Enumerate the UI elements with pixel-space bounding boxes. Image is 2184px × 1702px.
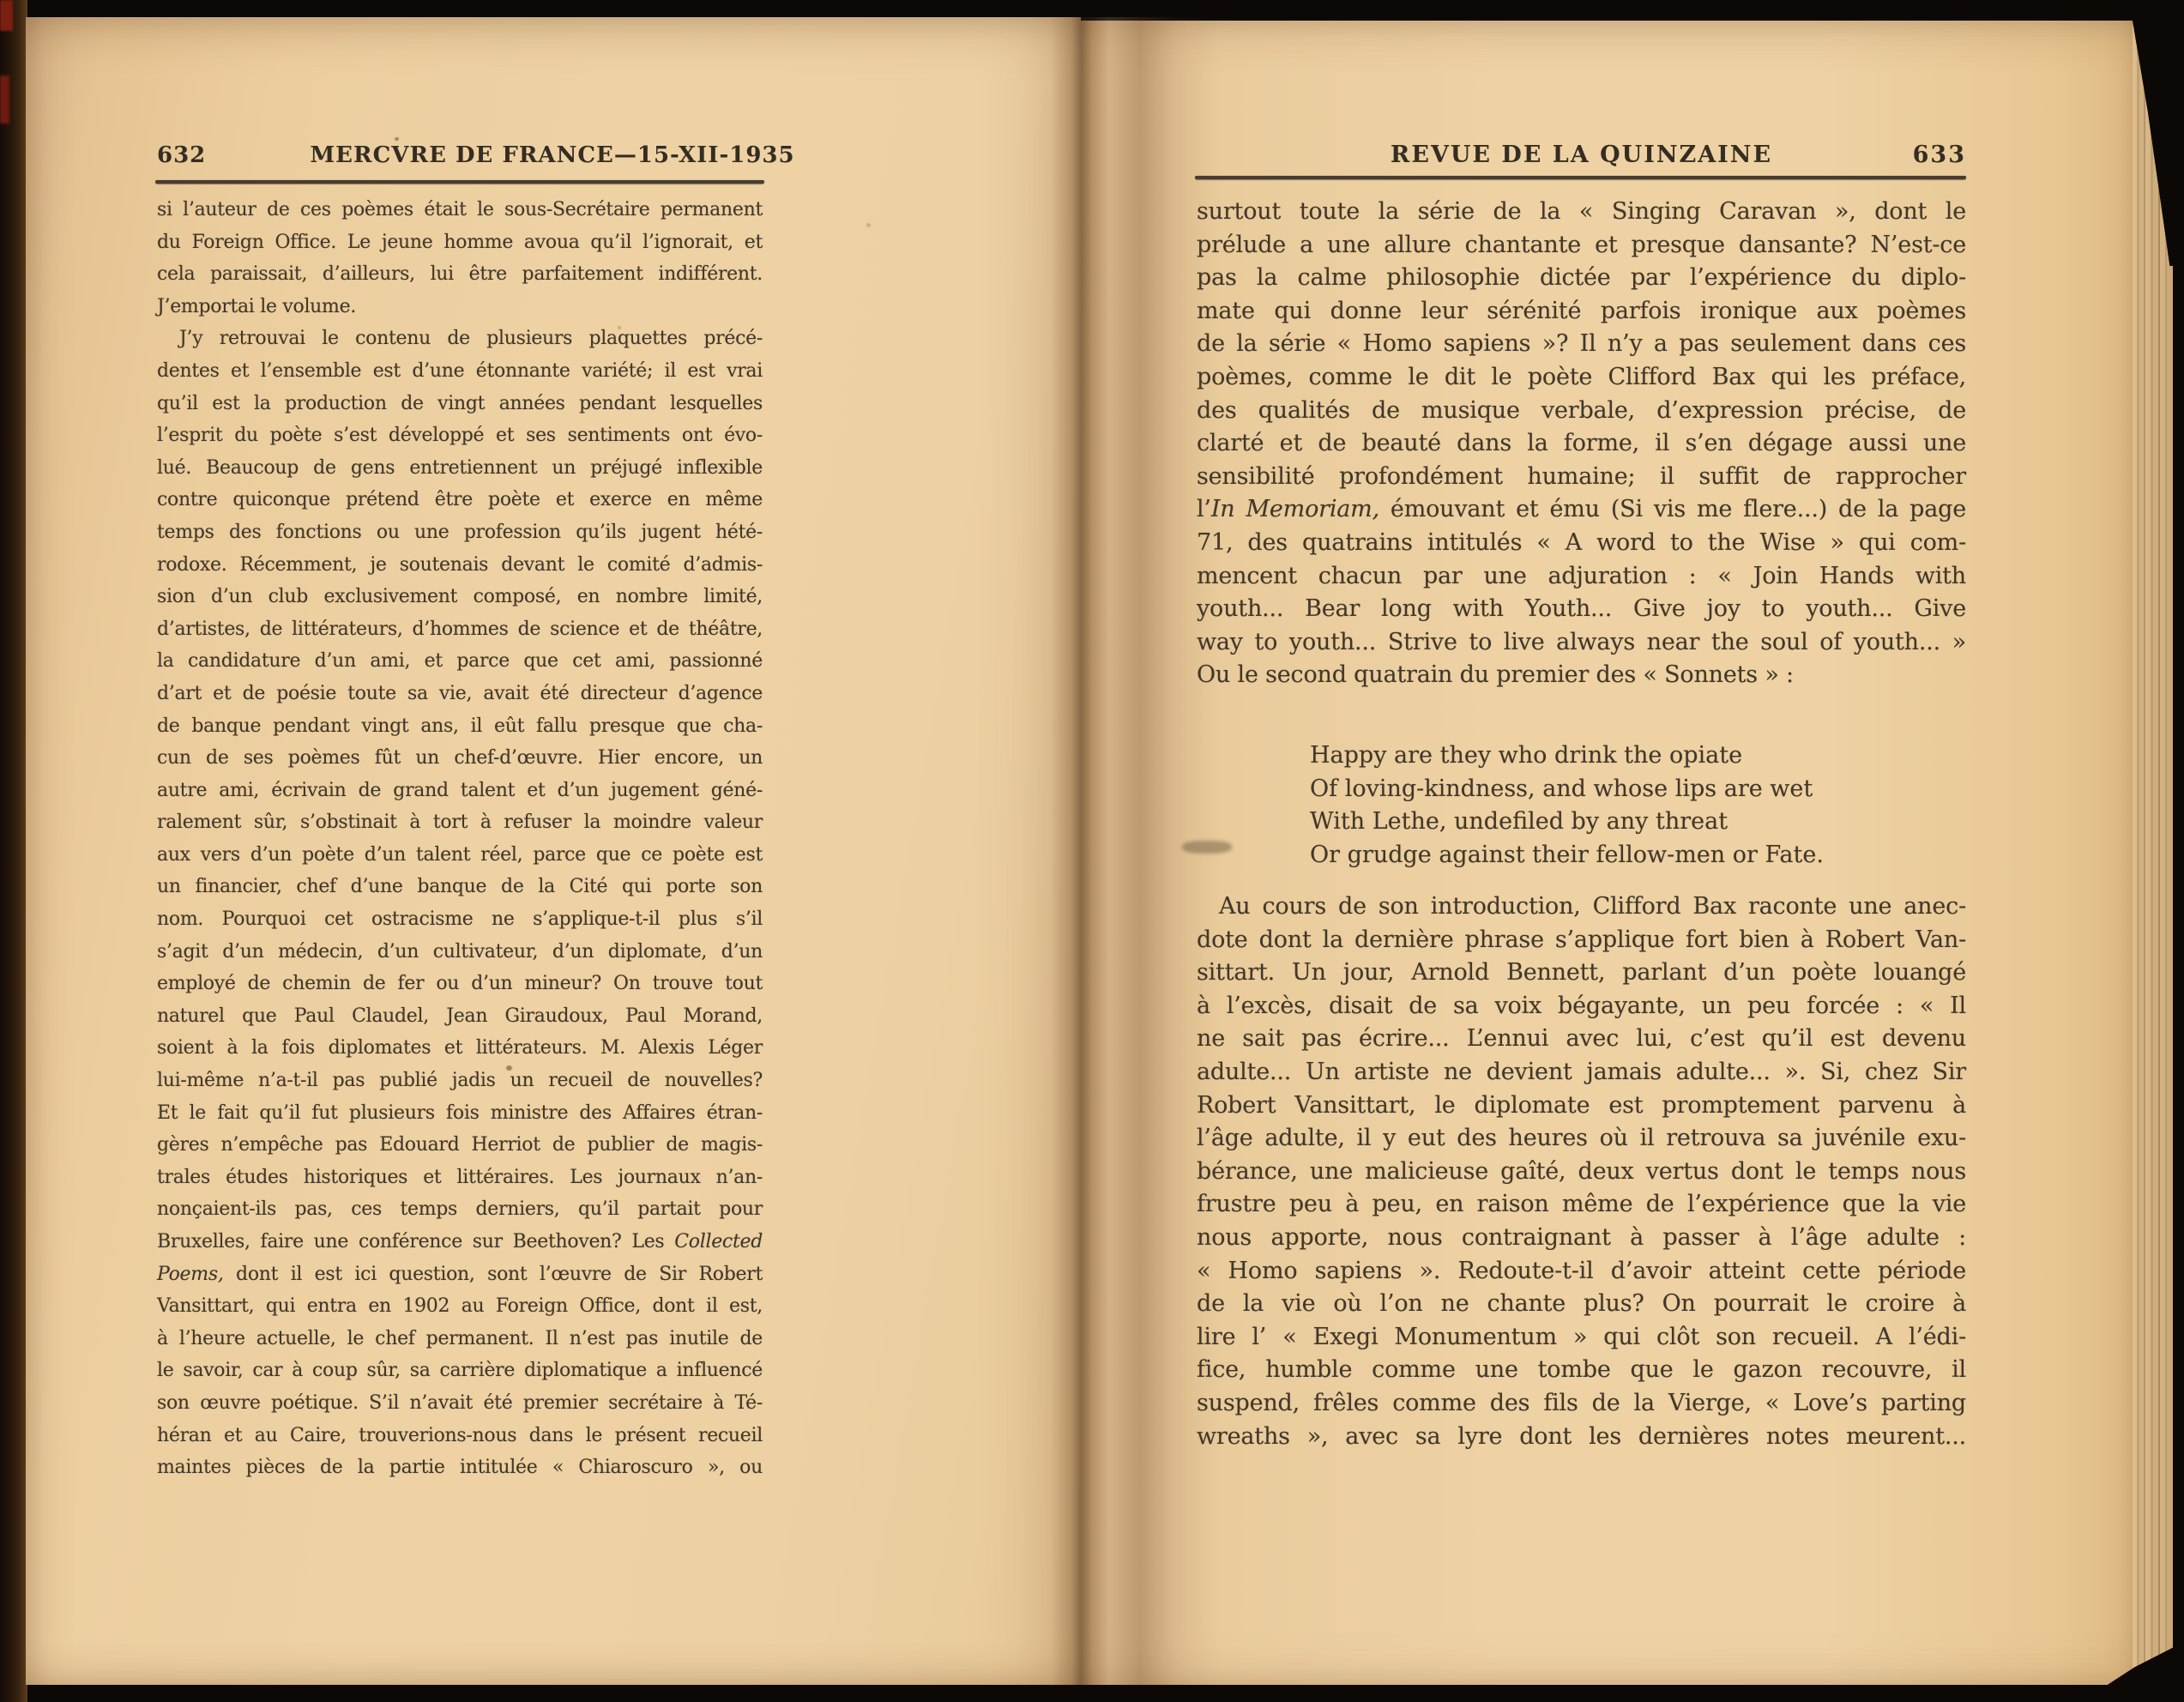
text-line: autre ami, écrivain de grand talent et d… [157,775,763,807]
text-line: lué. Beaucoup de gens entretiennent un p… [157,452,763,485]
text-line: With Lethe, undefiled by any threat [1197,806,1966,839]
text-line: la candidature d’un ami, et parce que ce… [157,645,763,678]
text-line: sittart. Un jour, Arnold Bennett, parlan… [1197,957,1966,990]
ink-smudge [1182,841,1232,854]
text-line: dentes et l’ensemble est d’une étonnante… [157,355,763,388]
text-line: prélude a une allure chantante et presqu… [1197,229,1966,263]
red-edge-mark [0,75,9,124]
text-line: s’agit d’un médecin, d’un cultivateur, d… [157,936,763,969]
text-line: employé de chemin de fer ou d’un mineur?… [157,968,763,1000]
text-line: Happy are they who drink the opiate [1197,739,1966,773]
text-line: wreaths », avec sa lyre dont les dernièr… [1197,1421,1966,1454]
right-page-paragraph-1: surtout toute la série de la « Singing C… [1197,196,1966,692]
text-line: à l’excès, disait de sa voix bégayante, … [1197,990,1966,1023]
paper-speck [866,223,871,227]
left-running-title: MERCVRE DE FRANCE—15-XII-1935 [250,142,855,168]
text-line: un financier, chef d’une banque de la Ci… [157,871,763,903]
text-line: lire l’ « Exegi Monumentum » qui clôt so… [1197,1321,1966,1355]
text-line: rodoxe. Récemment, je soutenais devant l… [157,549,763,582]
paper-speck [395,137,399,141]
text-line: fice, humble comme une tombe que le gazo… [1197,1354,1966,1387]
text-line: mencent chacun par une adjuration : « Jo… [1197,560,1966,594]
text-line: Ou le second quatrain du premier des « S… [1197,659,1966,692]
text-line: clarté et de beauté dans la forme, il s’… [1197,427,1966,461]
right-page-number: 633 [1913,142,1966,168]
text-line: mate qui donne leur sérénité parfois iro… [1197,295,1966,329]
text-line: cun de ses poèmes fût un chef-d’œuvre. H… [157,742,763,775]
text-line: trales études historiques et littéraires… [157,1162,763,1194]
text-line: lui-même n’a-t-il pas publié jadis un re… [157,1065,763,1097]
text-line: frustre peu à peu, en raison même de l’e… [1197,1188,1966,1222]
text-line: dote dont la dernière phrase s’applique … [1197,924,1966,957]
text-line: des qualités de musique verbale, d’expre… [1197,395,1966,428]
text-line: à l’heure actuelle, le chef permanent. I… [157,1323,763,1355]
text-line: nom. Pourquoi cet ostracisme ne s’appliq… [157,903,763,936]
book-photo: 632 MERCVRE DE FRANCE—15-XII-1935 si l’a… [0,0,2184,1702]
text-line: Au cours de son introduction, Clifford B… [1197,890,1966,924]
text-line: d’artistes, de littérateurs, d’hommes de… [157,613,763,646]
text-line: maintes pièces de la partie intitulée « … [157,1452,763,1484]
right-page-paragraph-2: Au cours de son introduction, Clifford B… [1197,890,1966,1453]
right-running-title: REVUE DE LA QUINZAINE [1197,142,1966,168]
text-line: sion d’un club exclusivement composé, en… [157,581,763,613]
right-page-header: REVUE DE LA QUINZAINE 633 [1197,142,1966,168]
paper-speck [618,326,621,329]
right-page: REVUE DE LA QUINZAINE 633 surtout toute … [1081,21,2138,1685]
text-line: Of loving-kindness, and whose lips are w… [1197,773,1966,806]
text-line: Et le fait qu’il fut plusieurs fois mini… [157,1097,763,1130]
text-line: l’âge adulte, il y eut des heures où il … [1197,1122,1966,1156]
text-line: cela paraissait, d’ailleurs, lui être pa… [157,258,763,291]
text-line: Or grudge against their fellow-men or Fa… [1197,839,1966,872]
text-line: ne sait pas écrire... L’ennui avec lui, … [1197,1023,1966,1056]
text-line: J’y retrouvai le contenu de plusieurs pl… [157,323,763,355]
text-line: ralement sûr, s’obstinait à tort à refus… [157,806,763,839]
text-line: nonçaient-ils pas, ces temps derniers, q… [157,1193,763,1226]
text-line: de la vie où l’on ne chante plus? On pou… [1197,1288,1966,1321]
text-line: gères n’empêche pas Edouard Herriot de p… [157,1129,763,1162]
text-line: d’art et de poésie toute sa vie, avait é… [157,678,763,710]
text-line: adulte... Un artiste ne devient jamais a… [1197,1056,1966,1089]
text-line: Vansittart, qui entra en 1902 au Foreign… [157,1290,763,1323]
page-edge-stack [2133,26,2175,1678]
text-line: nous apporte, nous contraignant à passer… [1197,1222,1966,1255]
text-line: si l’auteur de ces poèmes était le sous-… [157,194,763,226]
text-line: Bruxelles, faire une conférence sur Beet… [157,1226,763,1258]
text-line: sensibilité profondément humaine; il suf… [1197,461,1966,494]
left-page: 632 MERCVRE DE FRANCE—15-XII-1935 si l’a… [26,17,1081,1685]
right-header-rule [1195,176,1966,179]
text-line: temps des fonctions ou une profession qu… [157,516,763,549]
text-line: son œuvre poétique. S’il n’avait été pre… [157,1387,763,1420]
text-line: contre quiconque prétend être poète et e… [157,484,763,516]
text-line: way to youth... Strive to live always ne… [1197,626,1966,660]
text-line: l’esprit du poète s’est développé et ses… [157,419,763,452]
quoted-verse: Happy are they who drink the opiateOf lo… [1197,739,1966,872]
text-line: de la série « Homo sapiens »? Il n’y a p… [1197,328,1966,361]
text-line: qu’il est la production de vingt années … [157,388,763,420]
text-line: Poems, dont il est ici question, sont l’… [157,1258,763,1291]
background-edge [2173,249,2184,1702]
text-line: Robert Vansittart, le diplomate est prom… [1197,1089,1966,1123]
left-page-header: 632 MERCVRE DE FRANCE—15-XII-1935 [157,142,763,168]
text-line: soient à la fois diplomates et littérate… [157,1032,763,1065]
text-line: l’In Memoriam, émouvant et ému (Si vis m… [1197,493,1966,527]
text-line: youth... Bear long with Youth... Give jo… [1197,593,1966,626]
text-line: naturel que Paul Claudel, Jean Giraudoux… [157,1000,763,1033]
text-line: surtout toute la série de la « Singing C… [1197,196,1966,229]
text-line: poèmes, comme le dit le poète Clifford B… [1197,361,1966,395]
text-line: du Foreign Office. Le jeune homme avoua … [157,226,763,259]
left-header-rule [155,180,764,184]
left-page-number: 632 [157,142,206,168]
text-line: aux vers d’un poète d’un talent réel, pa… [157,839,763,872]
text-line: 71, des quatrains intitulés « A word to … [1197,527,1966,560]
text-line: J’emportai le volume. [157,291,763,323]
text-line: de banque pendant vingt ans, il eût fall… [157,710,763,743]
text-line: héran et au Caire, trouverions-nous dans… [157,1420,763,1452]
text-line: « Homo sapiens ». Redoute-t-il d’avoir a… [1197,1255,1966,1289]
book-cover-edge [0,0,27,1702]
text-line: le savoir, car à coup sûr, sa carrière d… [157,1355,763,1387]
text-line: suspend, frêles comme des fils de la Vie… [1197,1387,1966,1421]
paper-speck [506,1065,512,1071]
left-page-text: si l’auteur de ces poèmes était le sous-… [157,194,763,1484]
red-edge-mark [0,0,13,31]
text-line: pas la calme philosophie dictée par l’ex… [1197,262,1966,295]
text-line: bérance, une malicieuse gaîté, deux vert… [1197,1156,1966,1189]
